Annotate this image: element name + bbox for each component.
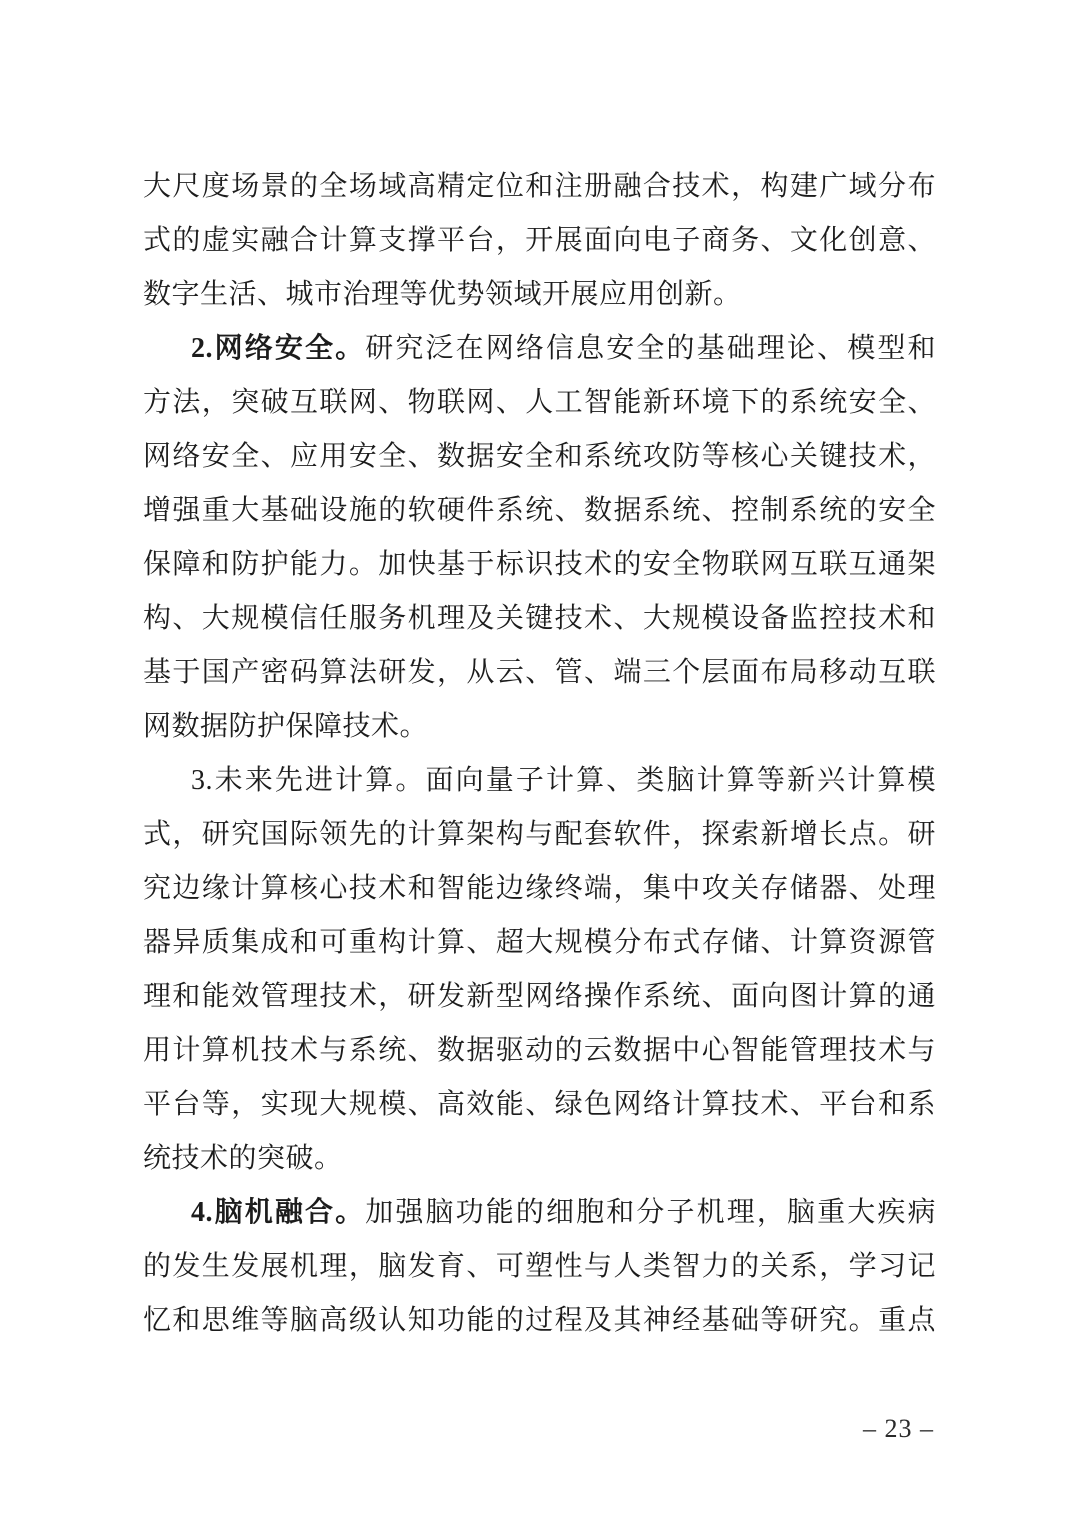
section-heading: 4.脑机融合。 [191,1197,365,1228]
text-line: 忆和思维等脑高级认知功能的过程及其神经基础等研究。重点 [143,1294,936,1348]
section-heading: 2.网络安全。 [191,333,365,364]
paragraph: 大尺度场景的全场域高精定位和注册融合技术，构建广域分布式的虚实融合计算支撑平台，… [143,160,936,322]
section-heading: 3.未来先进计算。 [191,765,426,796]
text-line: 2.网络安全。研究泛在网络信息安全的基础理论、模型和 [143,322,936,376]
body-text: 面向量子计算、类脑计算等新兴计算模 [426,765,936,796]
text-line: 理和能效管理技术，研发新型网络操作系统、面向图计算的通 [143,970,936,1024]
text-line: 构、大规模信任服务机理及关键技术、大规模设备监控技术和 [143,592,936,646]
text-line: 器异质集成和可重构计算、超大规模分布式存储、计算资源管 [143,916,936,970]
text-line: 的发生发展机理，脑发育、可塑性与人类智力的关系，学习记 [143,1240,936,1294]
text-line: 大尺度场景的全场域高精定位和注册融合技术，构建广域分布 [143,160,936,214]
text-line: 增强重大基础设施的软硬件系统、数据系统、控制系统的安全 [143,484,936,538]
text-line: 统技术的突破。 [143,1132,936,1186]
body-text: 研究泛在网络信息安全的基础理论、模型和 [365,333,936,364]
text-line: 用计算机技术与系统、数据驱动的云数据中心智能管理技术与 [143,1024,936,1078]
text-line: 数字生活、城市治理等优势领域开展应用创新。 [143,268,936,322]
paragraph: 2.网络安全。研究泛在网络信息安全的基础理论、模型和方法，突破互联网、物联网、人… [143,322,936,754]
paragraph: 3.未来先进计算。面向量子计算、类脑计算等新兴计算模式，研究国际领先的计算架构与… [143,754,936,1186]
text-line: 网络安全、应用安全、数据安全和系统攻防等核心关键技术， [143,430,936,484]
text-column: 大尺度场景的全场域高精定位和注册融合技术，构建广域分布式的虚实融合计算支撑平台，… [143,160,936,1348]
text-line: 基于国产密码算法研发，从云、管、端三个层面布局移动互联 [143,646,936,700]
text-line: 平台等，实现大规模、高效能、绿色网络计算技术、平台和系 [143,1078,936,1132]
text-line: 网数据防护保障技术。 [143,700,936,754]
body-text: 加强脑功能的细胞和分子机理，脑重大疾病 [365,1197,936,1228]
text-line: 方法，突破互联网、物联网、人工智能新环境下的系统安全、 [143,376,936,430]
page-number: – 23 – [863,1412,934,1446]
text-line: 4.脑机融合。加强脑功能的细胞和分子机理，脑重大疾病 [143,1186,936,1240]
paragraph: 4.脑机融合。加强脑功能的细胞和分子机理，脑重大疾病的发生发展机理，脑发育、可塑… [143,1186,936,1348]
text-line: 式，研究国际领先的计算架构与配套软件，探索新增长点。研 [143,808,936,862]
document-page: { "page": { "number_label": "– 23 –" }, … [0,0,1080,1527]
text-line: 保障和防护能力。加快基于标识技术的安全物联网互联互通架 [143,538,936,592]
text-line: 3.未来先进计算。面向量子计算、类脑计算等新兴计算模 [143,754,936,808]
text-line: 式的虚实融合计算支撑平台，开展面向电子商务、文化创意、 [143,214,936,268]
text-line: 究边缘计算核心技术和智能边缘终端，集中攻关存储器、处理 [143,862,936,916]
